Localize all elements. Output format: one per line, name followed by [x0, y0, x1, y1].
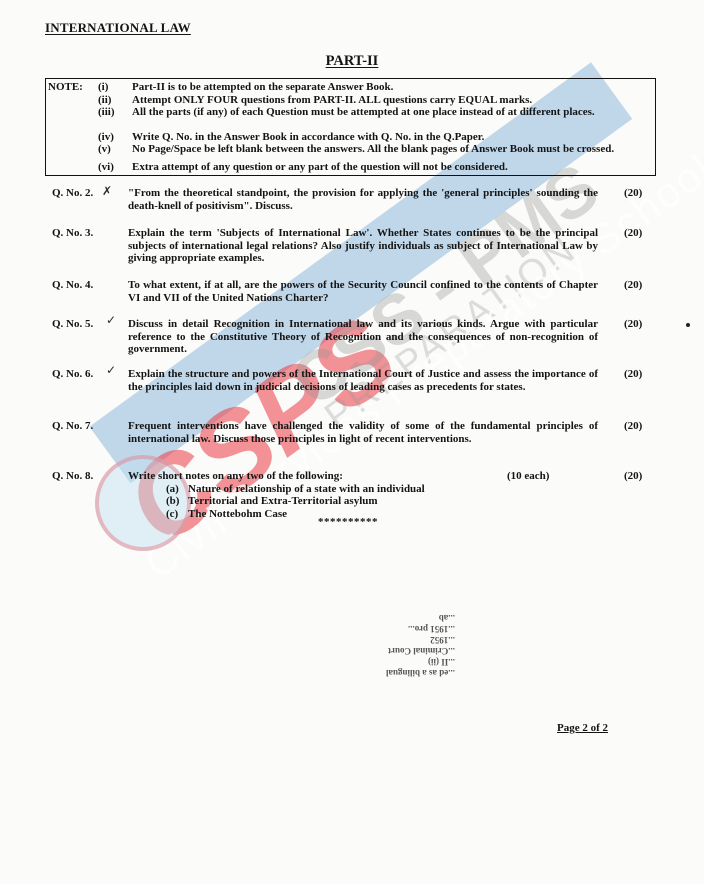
- question-marks: (20): [624, 420, 642, 433]
- check-mark-icon: ✓: [106, 314, 116, 327]
- instructions-box: NOTE: (i) Part-II is to be attempted on …: [45, 78, 656, 176]
- question-number: Q. No. 7.: [52, 420, 122, 433]
- note-text: Extra attempt of any question or any par…: [132, 161, 651, 173]
- note-text: All the parts (if any) of each Question …: [132, 106, 651, 118]
- bleed-through-stamp: ...ed as a bilingual ...II (ii) ...Crimi…: [386, 612, 455, 678]
- note-text: Part-II is to be attempted on the separa…: [132, 81, 651, 93]
- subject-title: INTERNATIONAL LAW: [45, 20, 191, 36]
- part-title: PART-II: [0, 53, 704, 70]
- question-marks: (20): [624, 368, 642, 381]
- stamp-line: ...Criminal Court: [386, 645, 455, 656]
- stamp-line: ...ab: [386, 612, 455, 623]
- question-marks: (20): [624, 470, 642, 483]
- sub-item: (b)Territorial and Extra-Territorial asy…: [166, 495, 425, 508]
- cross-mark-icon: ✗: [102, 185, 112, 198]
- note-num: (iv): [98, 131, 128, 143]
- sub-item-text: The Nottebohm Case: [188, 508, 287, 520]
- question-text: To what extent, if at all, are the power…: [128, 279, 598, 304]
- question-text: "From the theoretical standpoint, the pr…: [128, 187, 598, 212]
- question-sub-marks: (10 each): [507, 470, 549, 483]
- note-text: Write Q. No. in the Answer Book in accor…: [132, 131, 651, 143]
- note-num: (iii): [98, 106, 128, 118]
- note-num: (ii): [98, 94, 128, 106]
- note-num: (v): [98, 143, 128, 155]
- question-text: Explain the structure and powers of the …: [128, 368, 598, 393]
- question-number: Q. No. 4.: [52, 279, 122, 292]
- note-text: No Page/Space be left blank between the …: [132, 143, 651, 155]
- question-marks: (20): [624, 227, 642, 240]
- sub-item-text: Territorial and Extra-Territorial asylum: [188, 495, 378, 507]
- question-marks: (20): [624, 187, 642, 200]
- page-number: Page 2 of 2: [557, 722, 608, 734]
- stamp-line: ...1951 pro...: [386, 623, 455, 634]
- sub-item-label: (c): [166, 508, 188, 521]
- note-num: (vi): [98, 161, 128, 173]
- question-number: Q. No. 3.: [52, 227, 122, 240]
- sub-item-text: Nature of relationship of a state with a…: [188, 483, 425, 495]
- stamp-line: ...ed as a bilingual: [386, 667, 455, 678]
- sub-item: (c)The Nottebohm Case: [166, 508, 425, 521]
- question-text: Explain the term 'Subjects of Internatio…: [128, 227, 598, 265]
- question-marks: (20): [624, 279, 642, 292]
- sub-item-label: (a): [166, 483, 188, 496]
- sub-items-list: (a)Nature of relationship of a state wit…: [166, 483, 425, 521]
- exam-page: CSPS CSS - PMS PREPARATION Civil Service…: [0, 0, 704, 884]
- end-marker: **********: [318, 516, 378, 528]
- stamp-line: ...II (ii): [386, 656, 455, 667]
- note-num: (i): [98, 81, 128, 93]
- question-marks: (20): [624, 318, 642, 331]
- sub-item: (a)Nature of relationship of a state wit…: [166, 483, 425, 496]
- note-text: Attempt ONLY FOUR questions from PART-II…: [132, 94, 651, 106]
- sub-item-label: (b): [166, 495, 188, 508]
- question-number: Q. No. 8.: [52, 470, 122, 483]
- check-mark-icon: ✓: [106, 364, 116, 377]
- stamp-line: ...1952: [386, 634, 455, 645]
- margin-dot: [686, 323, 690, 327]
- question-text: Frequent interventions have challenged t…: [128, 420, 598, 445]
- question-text: Discuss in detail Recognition in Interna…: [128, 318, 598, 356]
- note-label: NOTE:: [48, 81, 83, 93]
